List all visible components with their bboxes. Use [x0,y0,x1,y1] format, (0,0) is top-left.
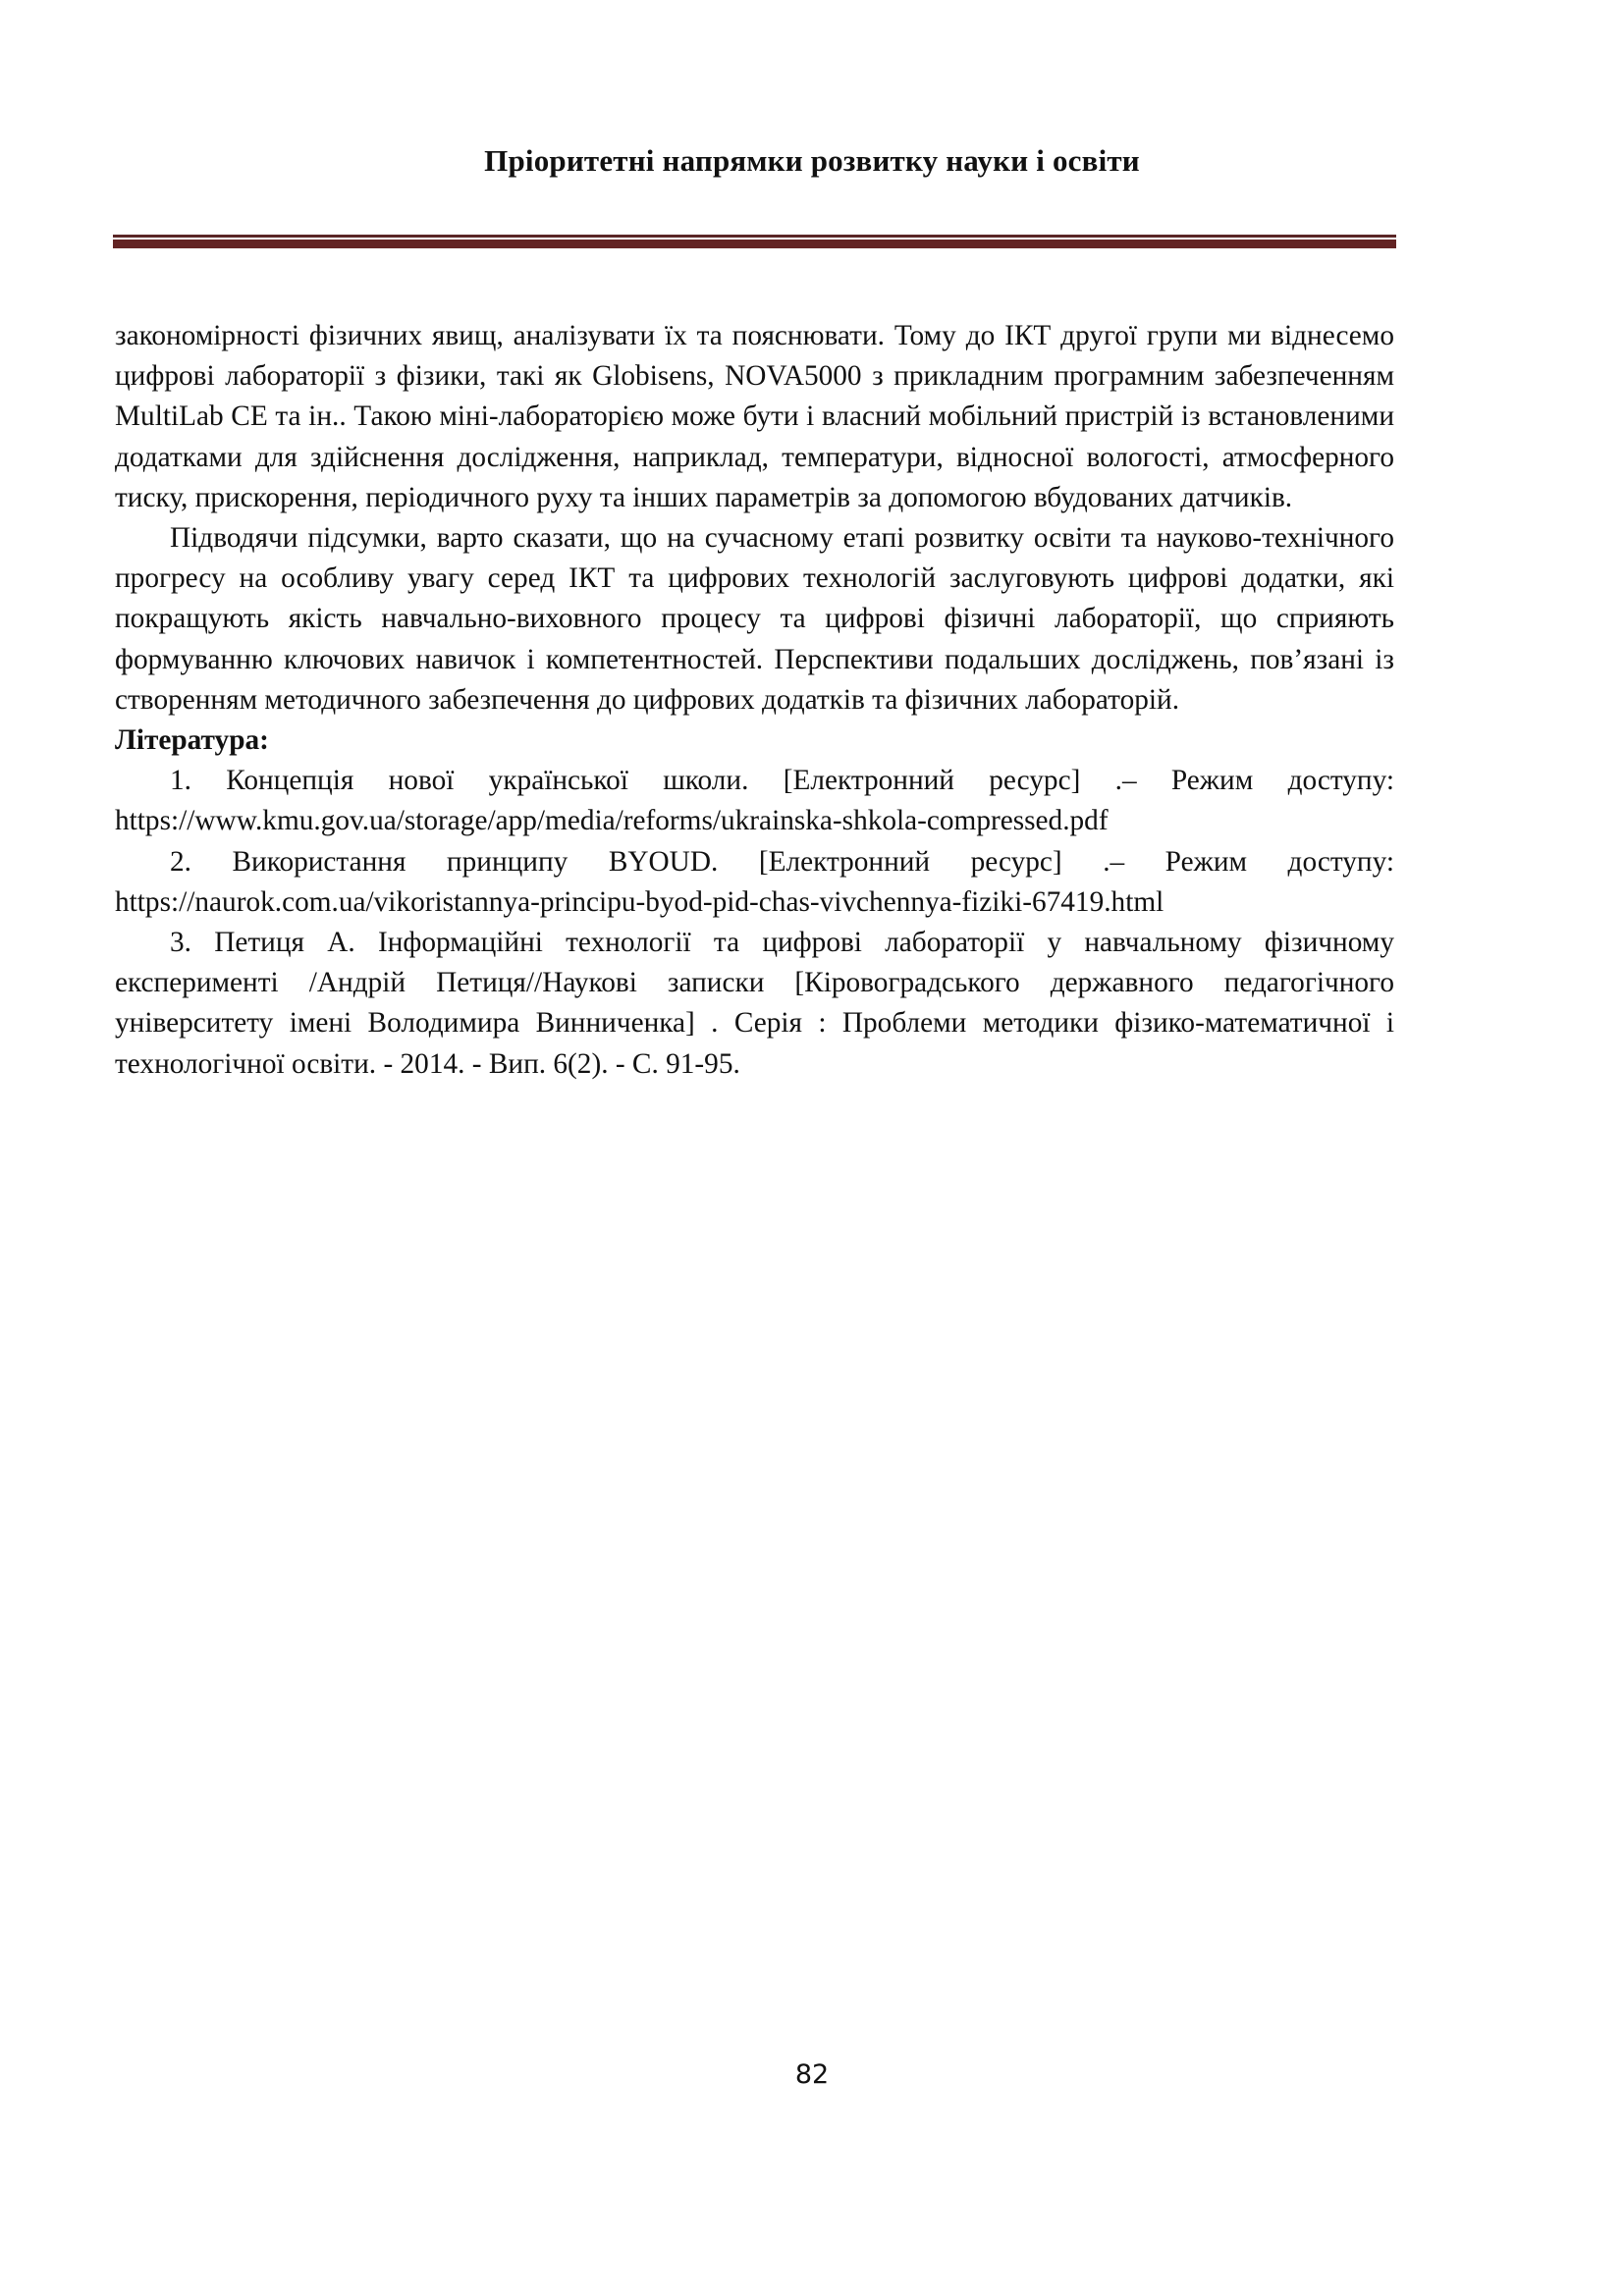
header-rule-thin [113,235,1396,238]
page-number: 82 [0,2059,1624,2090]
page-content: закономірності фізичних явищ, аналізуват… [115,316,1394,1085]
literature-heading: Література: [115,721,1394,761]
header-rule-thick [113,240,1396,248]
running-header-title: Пріоритетні напрямки розвитку науки і ос… [0,143,1624,179]
reference-item: 1. Концепція нової української школи. [Е… [115,761,1394,841]
body-paragraph: закономірності фізичних явищ, аналізуват… [115,316,1394,518]
reference-item: 3. Петиця А. Інформаційні технології та … [115,923,1394,1085]
body-paragraph: Підводячи підсумки, варто сказати, що на… [115,518,1394,721]
reference-item: 2. Використання принципу BYOUD. [Електро… [115,842,1394,923]
